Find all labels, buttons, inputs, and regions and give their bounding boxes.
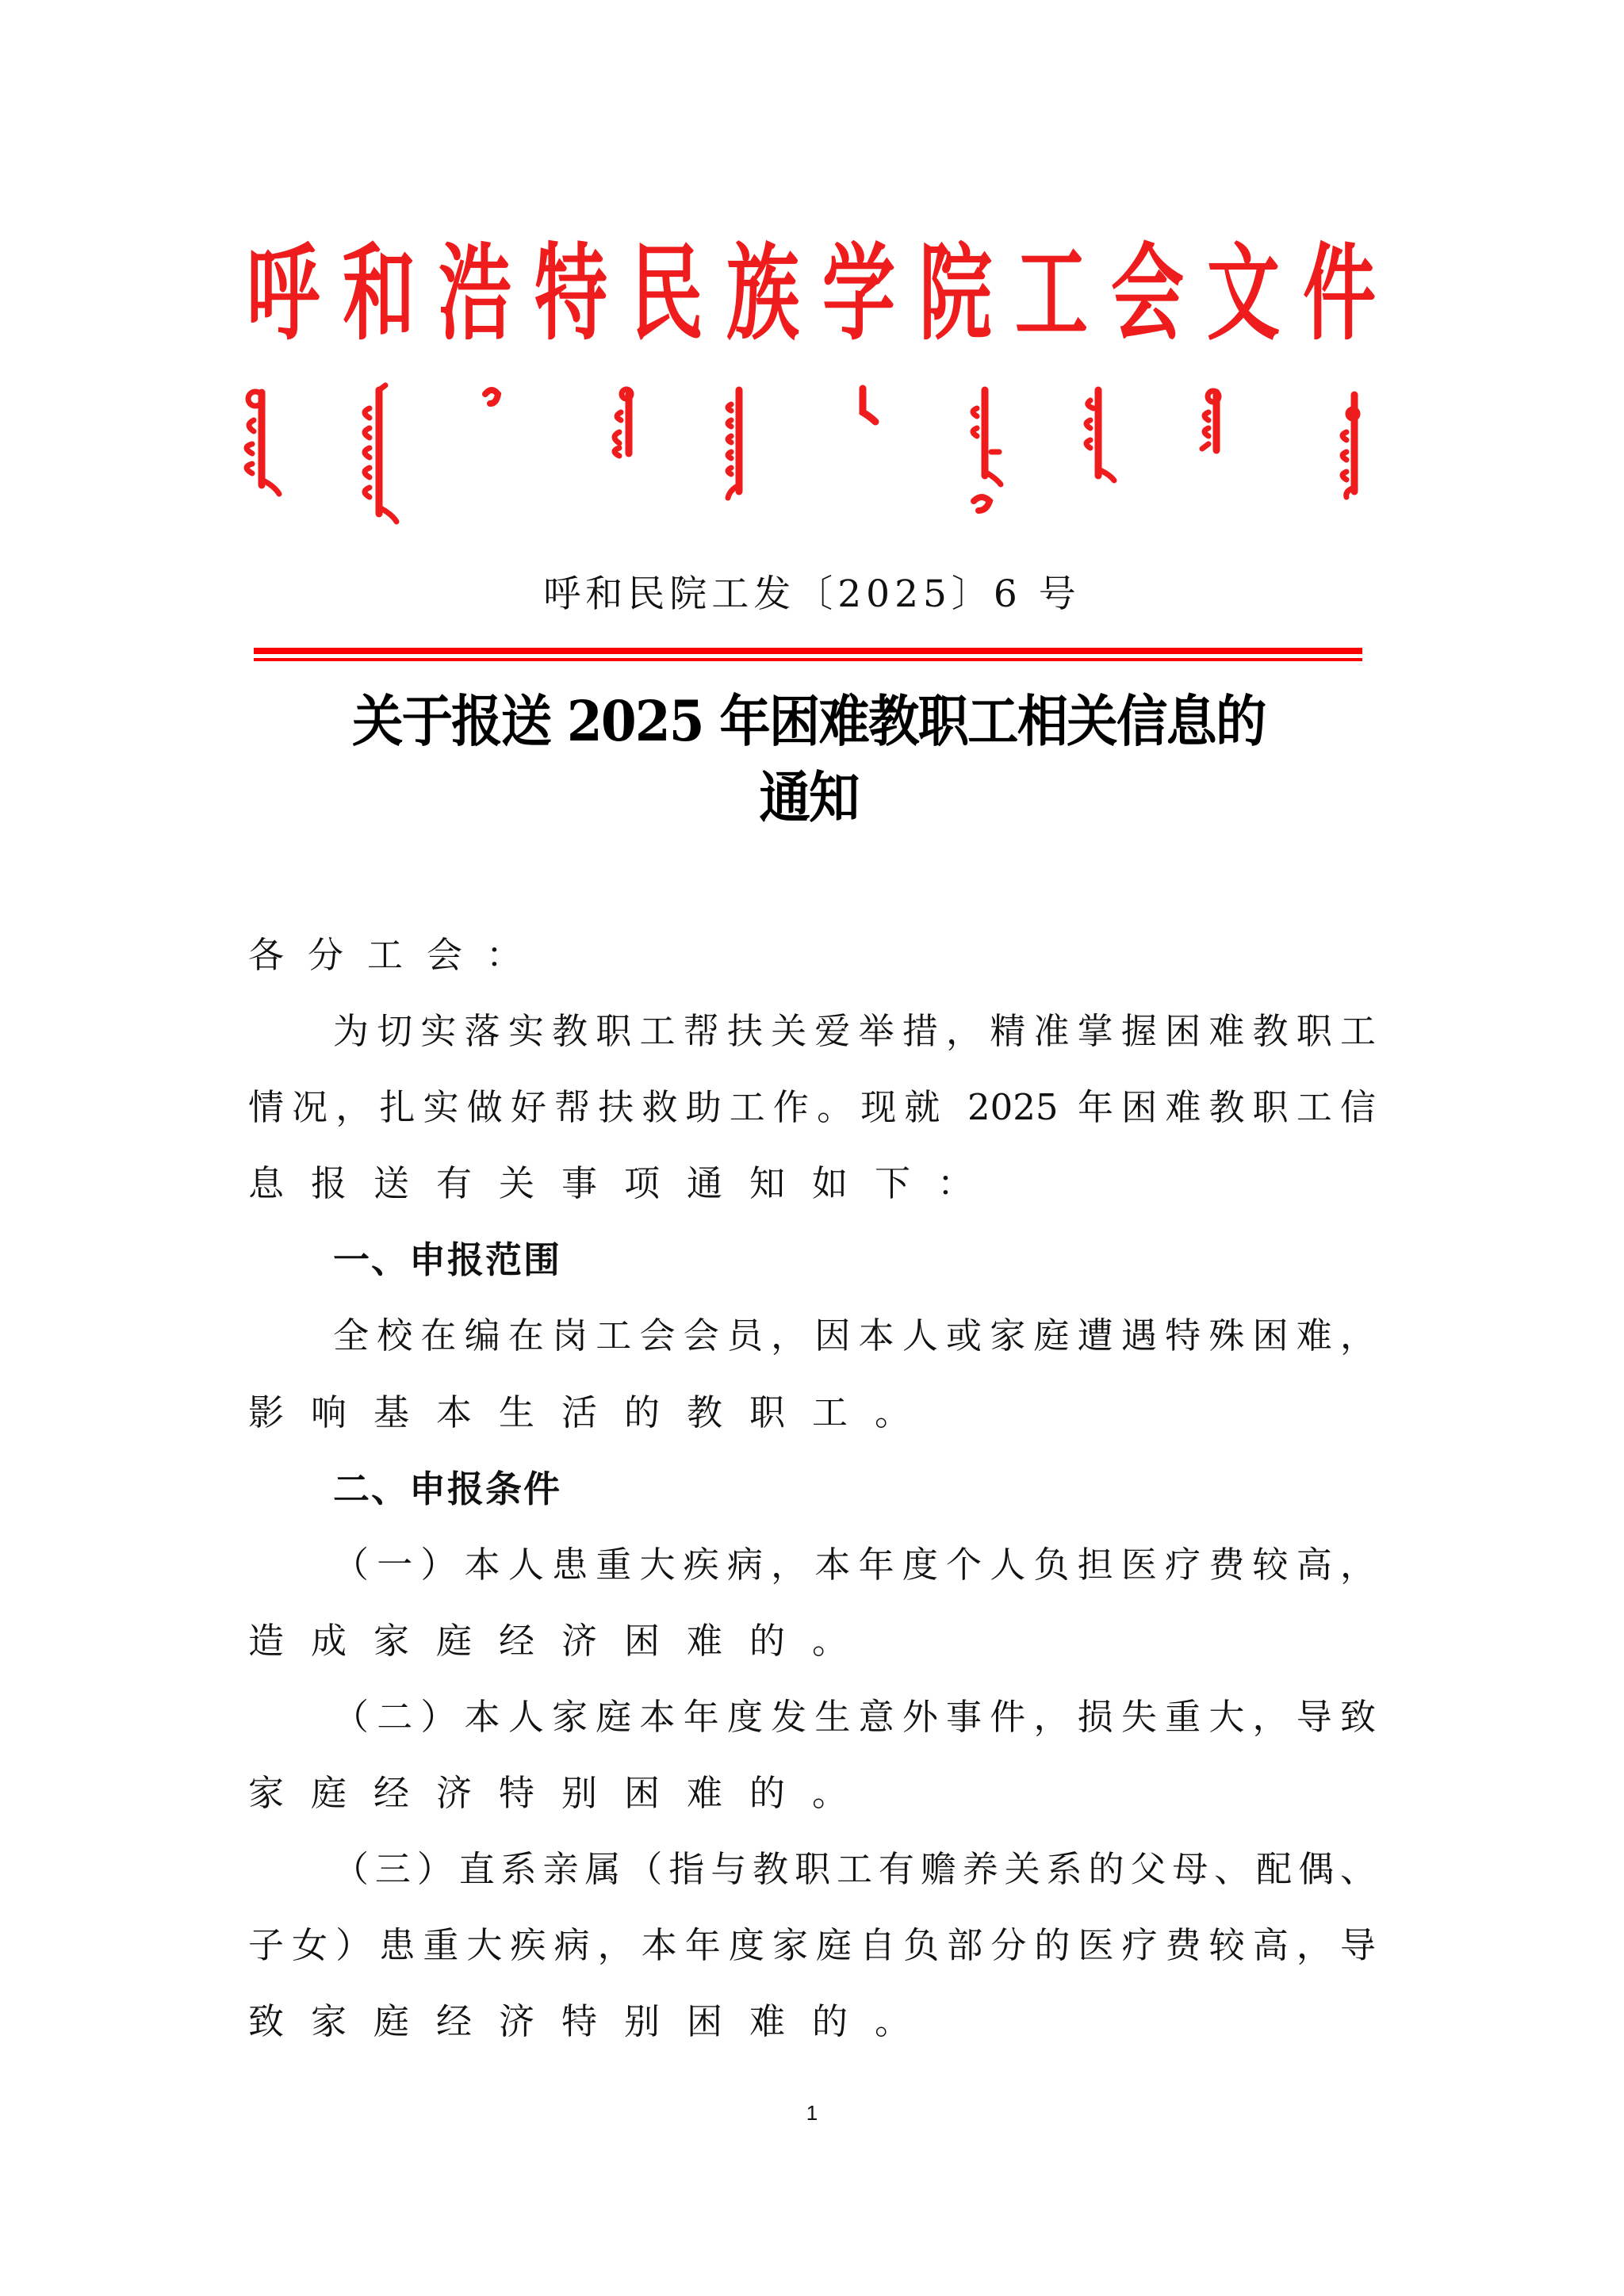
section1-line-2: 影响基本生活的教职工。	[248, 1375, 1376, 1451]
condition-1-line-2: 造成家庭经济困难的。	[248, 1603, 1376, 1679]
org-title-char: 件	[1303, 222, 1376, 364]
condition-2-line-2: 家庭经济特别困难的。	[248, 1755, 1376, 1831]
intro-line-3: 息报送有关事项通知如下：	[248, 1146, 1376, 1222]
mongolian-word-2	[365, 385, 396, 522]
org-title-char: 族	[726, 222, 799, 364]
org-title-char: 民	[630, 222, 703, 364]
mongolian-word-3	[485, 390, 498, 404]
mongolian-word-8	[1086, 390, 1114, 480]
org-title-char: 浩	[439, 222, 511, 364]
org-title-char: 工	[1015, 222, 1088, 364]
mongolian-word-1	[247, 392, 279, 494]
document-body: 各分工会： 为切实落实教职工帮扶关爱举措，精准掌握困难教职工 情况，扎实做好帮扶…	[248, 917, 1376, 2060]
org-title-char: 呼	[247, 222, 320, 364]
section1-line-1: 全校在编在岗工会会员，因本人或家庭遭遇特殊困难，	[248, 1298, 1376, 1374]
document-title: 关于报送 2025 年困难教职工相关信息的 通知	[238, 683, 1380, 836]
section-heading-scope: 一、申报范围	[248, 1222, 1376, 1298]
condition-3-line-1: （三）直系亲属（指与教职工有赡养关系的父母、配偶、	[248, 1831, 1376, 1908]
document-page: 呼 和 浩 特 民 族 学 院 工 会 文 件	[0, 0, 1624, 2296]
page-number: 1	[0, 2101, 1624, 2126]
document-number: 呼和民院工发〔2025〕6 号	[0, 571, 1624, 618]
intro-line-1: 为切实落实教职工帮扶关爱举措，精准掌握困难教职工	[248, 993, 1376, 1070]
mongolian-word-6	[863, 388, 875, 422]
org-title-char: 院	[919, 222, 992, 364]
section-heading-conditions: 二、申报条件	[248, 1451, 1376, 1527]
org-title-char: 学	[822, 222, 895, 364]
mongolian-word-7	[973, 390, 1001, 511]
condition-3-line-3: 致家庭经济特别困难的。	[248, 1984, 1376, 2060]
mongolian-word-9	[1202, 391, 1219, 450]
condition-3-line-2: 子女）患重大疾病，本年度家庭自负部分的医疗费较高，导	[248, 1908, 1376, 1984]
org-title-char: 特	[534, 222, 607, 364]
red-rule-thick	[254, 648, 1362, 654]
document-title-line-2: 通知	[759, 760, 858, 836]
intro-line-2: 情况，扎实做好帮扶救助工作。现就 2025 年困难教职工信	[248, 1070, 1376, 1146]
mongolian-word-10	[1342, 395, 1358, 497]
mongolian-word-4	[615, 389, 631, 456]
document-title-line-1: 关于报送 2025 年困难教职工相关信息的	[352, 683, 1265, 760]
org-title-char: 和	[343, 222, 416, 364]
condition-1-line-1: （一）本人患重大疾病，本年度个人负担医疗费较高，	[248, 1527, 1376, 1603]
condition-2-line-1: （二）本人家庭本年度发生意外事件，损失重大，导致	[248, 1679, 1376, 1755]
salutation: 各分工会：	[248, 917, 1376, 993]
org-title-char: 会	[1111, 222, 1184, 364]
red-rule-thin	[254, 658, 1362, 661]
mongolian-word-5	[728, 390, 739, 498]
org-title-red-header: 呼 和 浩 特 民 族 学 院 工 会 文 件	[236, 230, 1386, 357]
org-title-char: 文	[1207, 222, 1280, 364]
